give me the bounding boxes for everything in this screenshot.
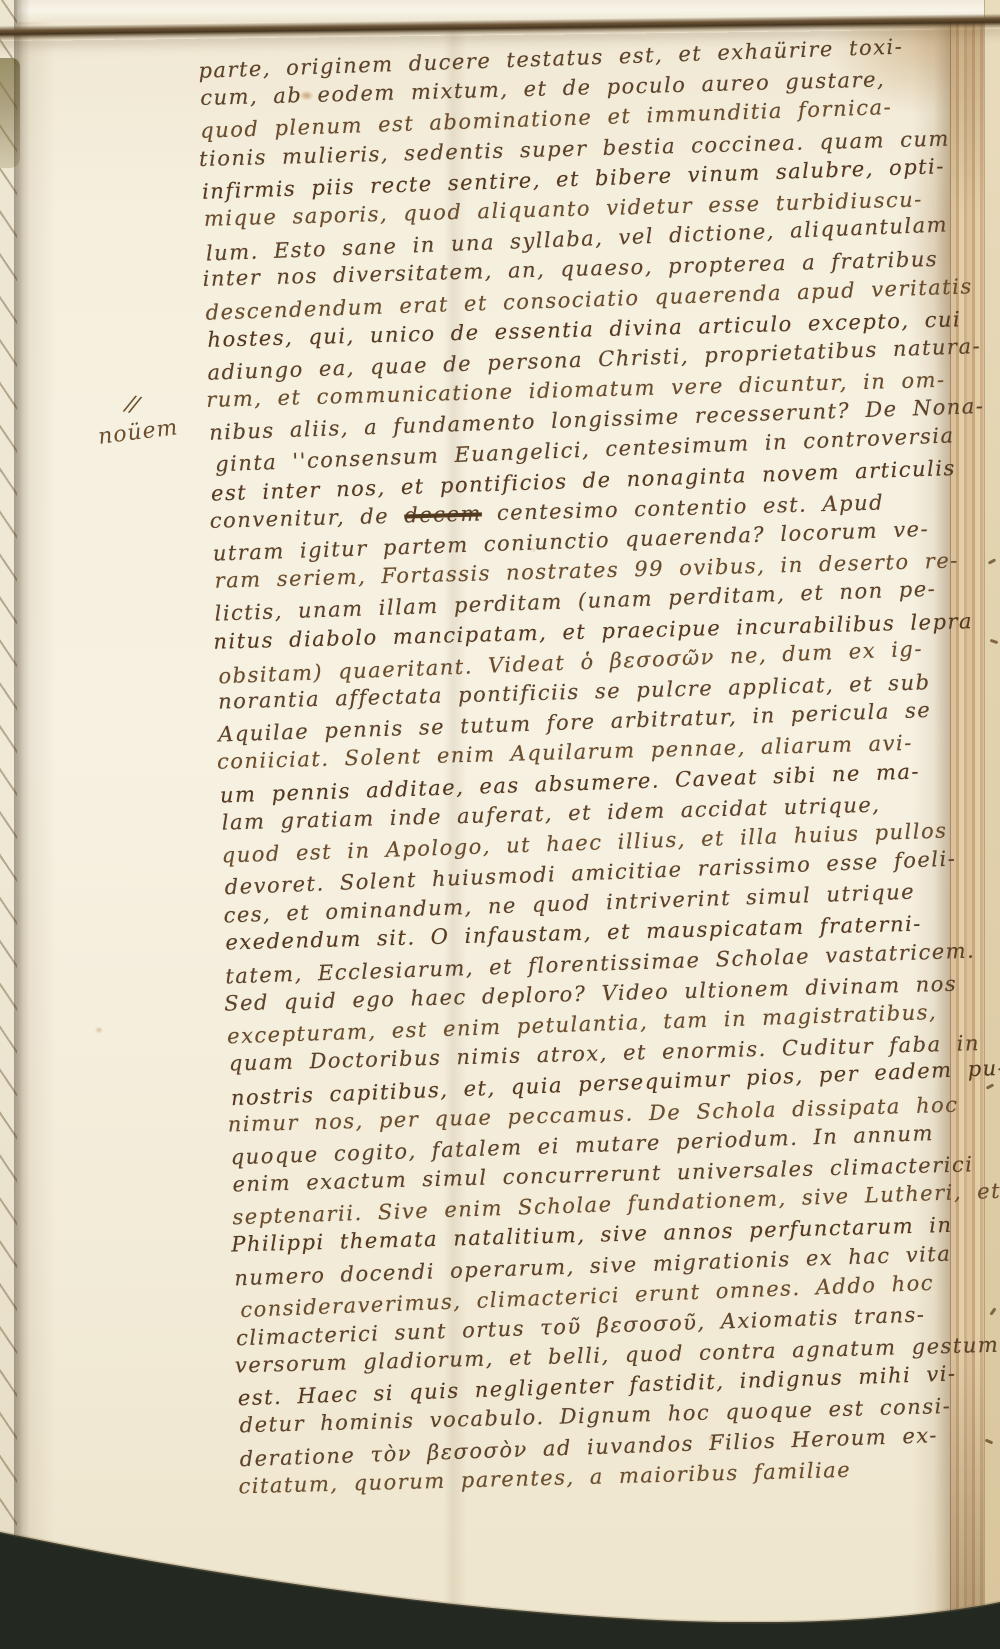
struck-word: decem: [404, 501, 482, 527]
manuscript-scan: // noüem parte, originem ducere testatus…: [0, 0, 1000, 1649]
manuscript-text: parte, originem ducere testatus est, et …: [196, 31, 1000, 1503]
book-bottom-shadow: [0, 1490, 1000, 1649]
gutter-shadow: [14, 0, 30, 1620]
line-segment: convenitur, de: [210, 503, 405, 532]
